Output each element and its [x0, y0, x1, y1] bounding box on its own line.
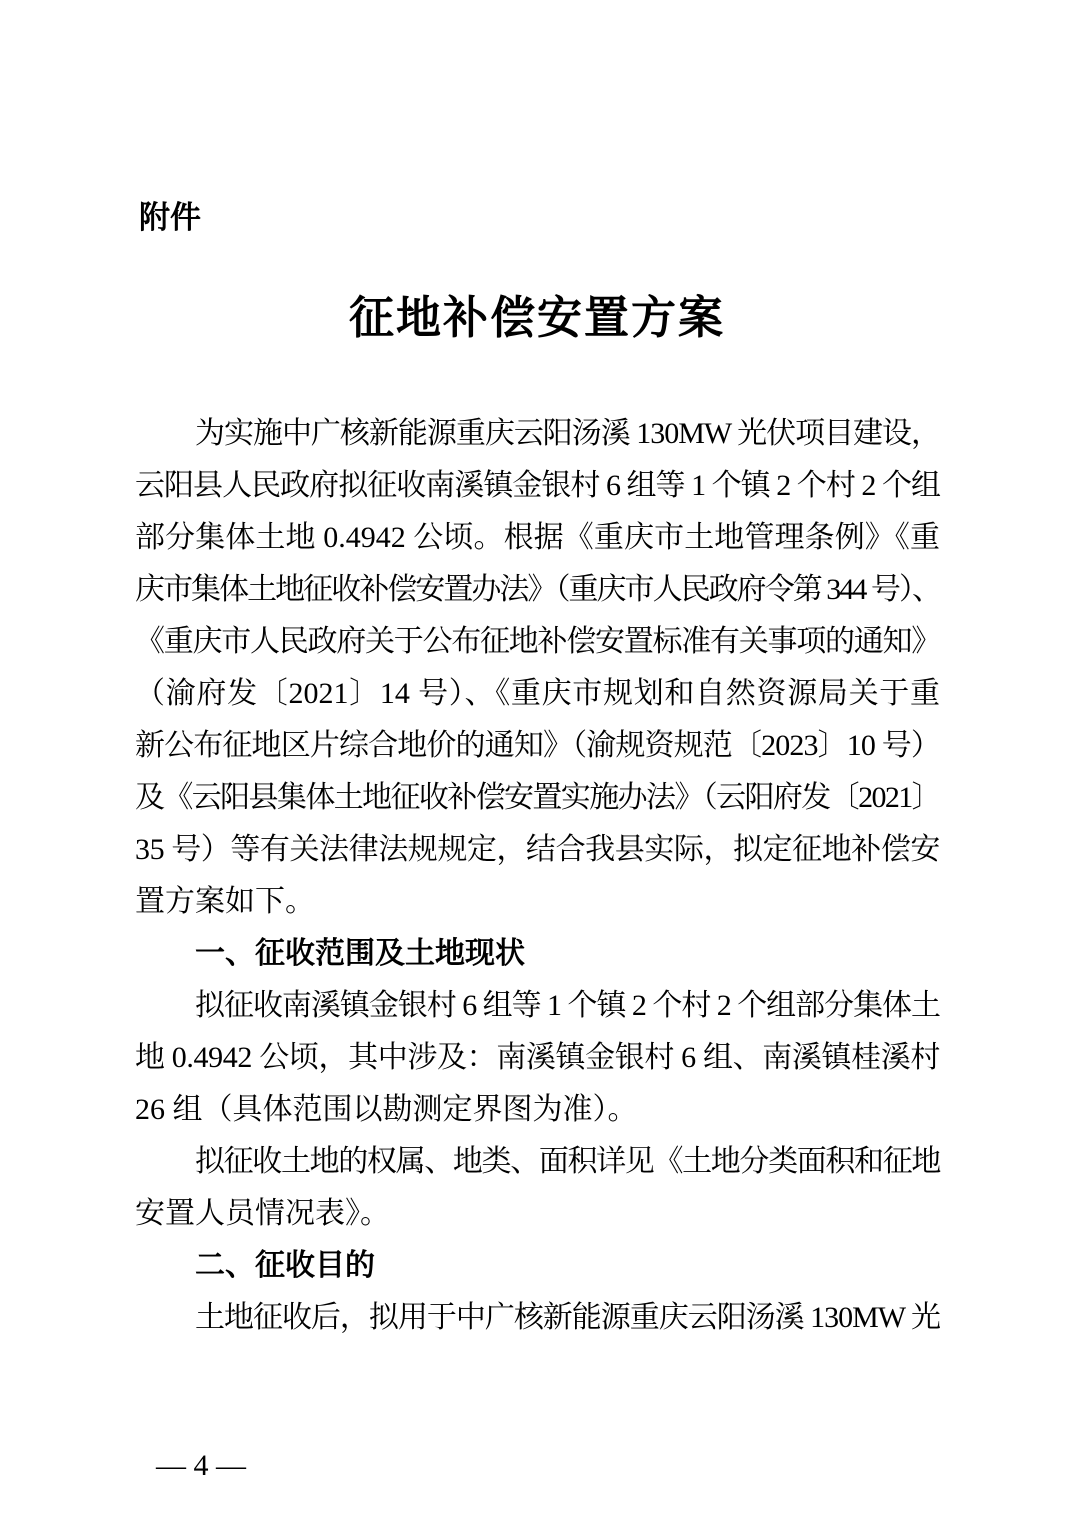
text-line: 为实施中广核新能源重庆云阳汤溪 130MW 光伏项目建设，	[135, 408, 940, 460]
document-page: 附件 征地补偿安置方案 为实施中广核新能源重庆云阳汤溪 130MW 光伏项目建设…	[0, 0, 1074, 1520]
section-heading: 二、征收目的	[135, 1240, 940, 1292]
text-line: （渝府发〔2021〕14 号）、《重庆市规划和自然资源局关于重	[135, 668, 940, 720]
text-line: 土地征收后，拟用于中广核新能源重庆云阳汤溪 130MW 光	[135, 1292, 940, 1344]
text-line: 拟征收南溪镇金银村 6 组等 1 个镇 2 个村 2 个组部分集体土	[135, 980, 940, 1032]
text-line: 安置人员情况表》。	[135, 1188, 940, 1240]
page-number: — 4 —	[156, 1446, 246, 1486]
text-line: 云阳县人民政府拟征收南溪镇金银村 6 组等 1 个镇 2 个村 2 个组	[135, 460, 940, 512]
text-line: 庆市集体土地征收补偿安置办法》（重庆市人民政府令第 344 号）、	[135, 564, 940, 616]
text-line: 新公布征地区片综合地价的通知》（渝规资规范〔2023〕10 号）	[135, 720, 940, 772]
section-heading: 一、征收范围及土地现状	[135, 928, 940, 980]
text-line: 拟征收土地的权属、地类、面积详见《土地分类面积和征地	[135, 1136, 940, 1188]
text-line: 26 组（具体范围以勘测定界图为准）。	[135, 1084, 940, 1136]
text-line: 地 0.4942 公顷，其中涉及：南溪镇金银村 6 组、南溪镇桂溪村	[135, 1032, 940, 1084]
attachment-label: 附件	[139, 196, 201, 240]
text-line: 及《云阳县集体土地征收补偿安置实施办法》（云阳府发〔2021〕	[135, 772, 940, 824]
document-body: 为实施中广核新能源重庆云阳汤溪 130MW 光伏项目建设，云阳县人民政府拟征收南…	[135, 408, 940, 1344]
text-line: 35 号）等有关法律法规规定，结合我县实际，拟定征地补偿安	[135, 824, 940, 876]
text-line: 部分集体土地 0.4942 公顷。根据《重庆市土地管理条例》《重	[135, 512, 940, 564]
document-title: 征地补偿安置方案	[0, 288, 1074, 348]
text-line: 《重庆市人民政府关于公布征地补偿安置标准有关事项的通知》	[135, 616, 940, 668]
text-line: 置方案如下。	[135, 876, 940, 928]
